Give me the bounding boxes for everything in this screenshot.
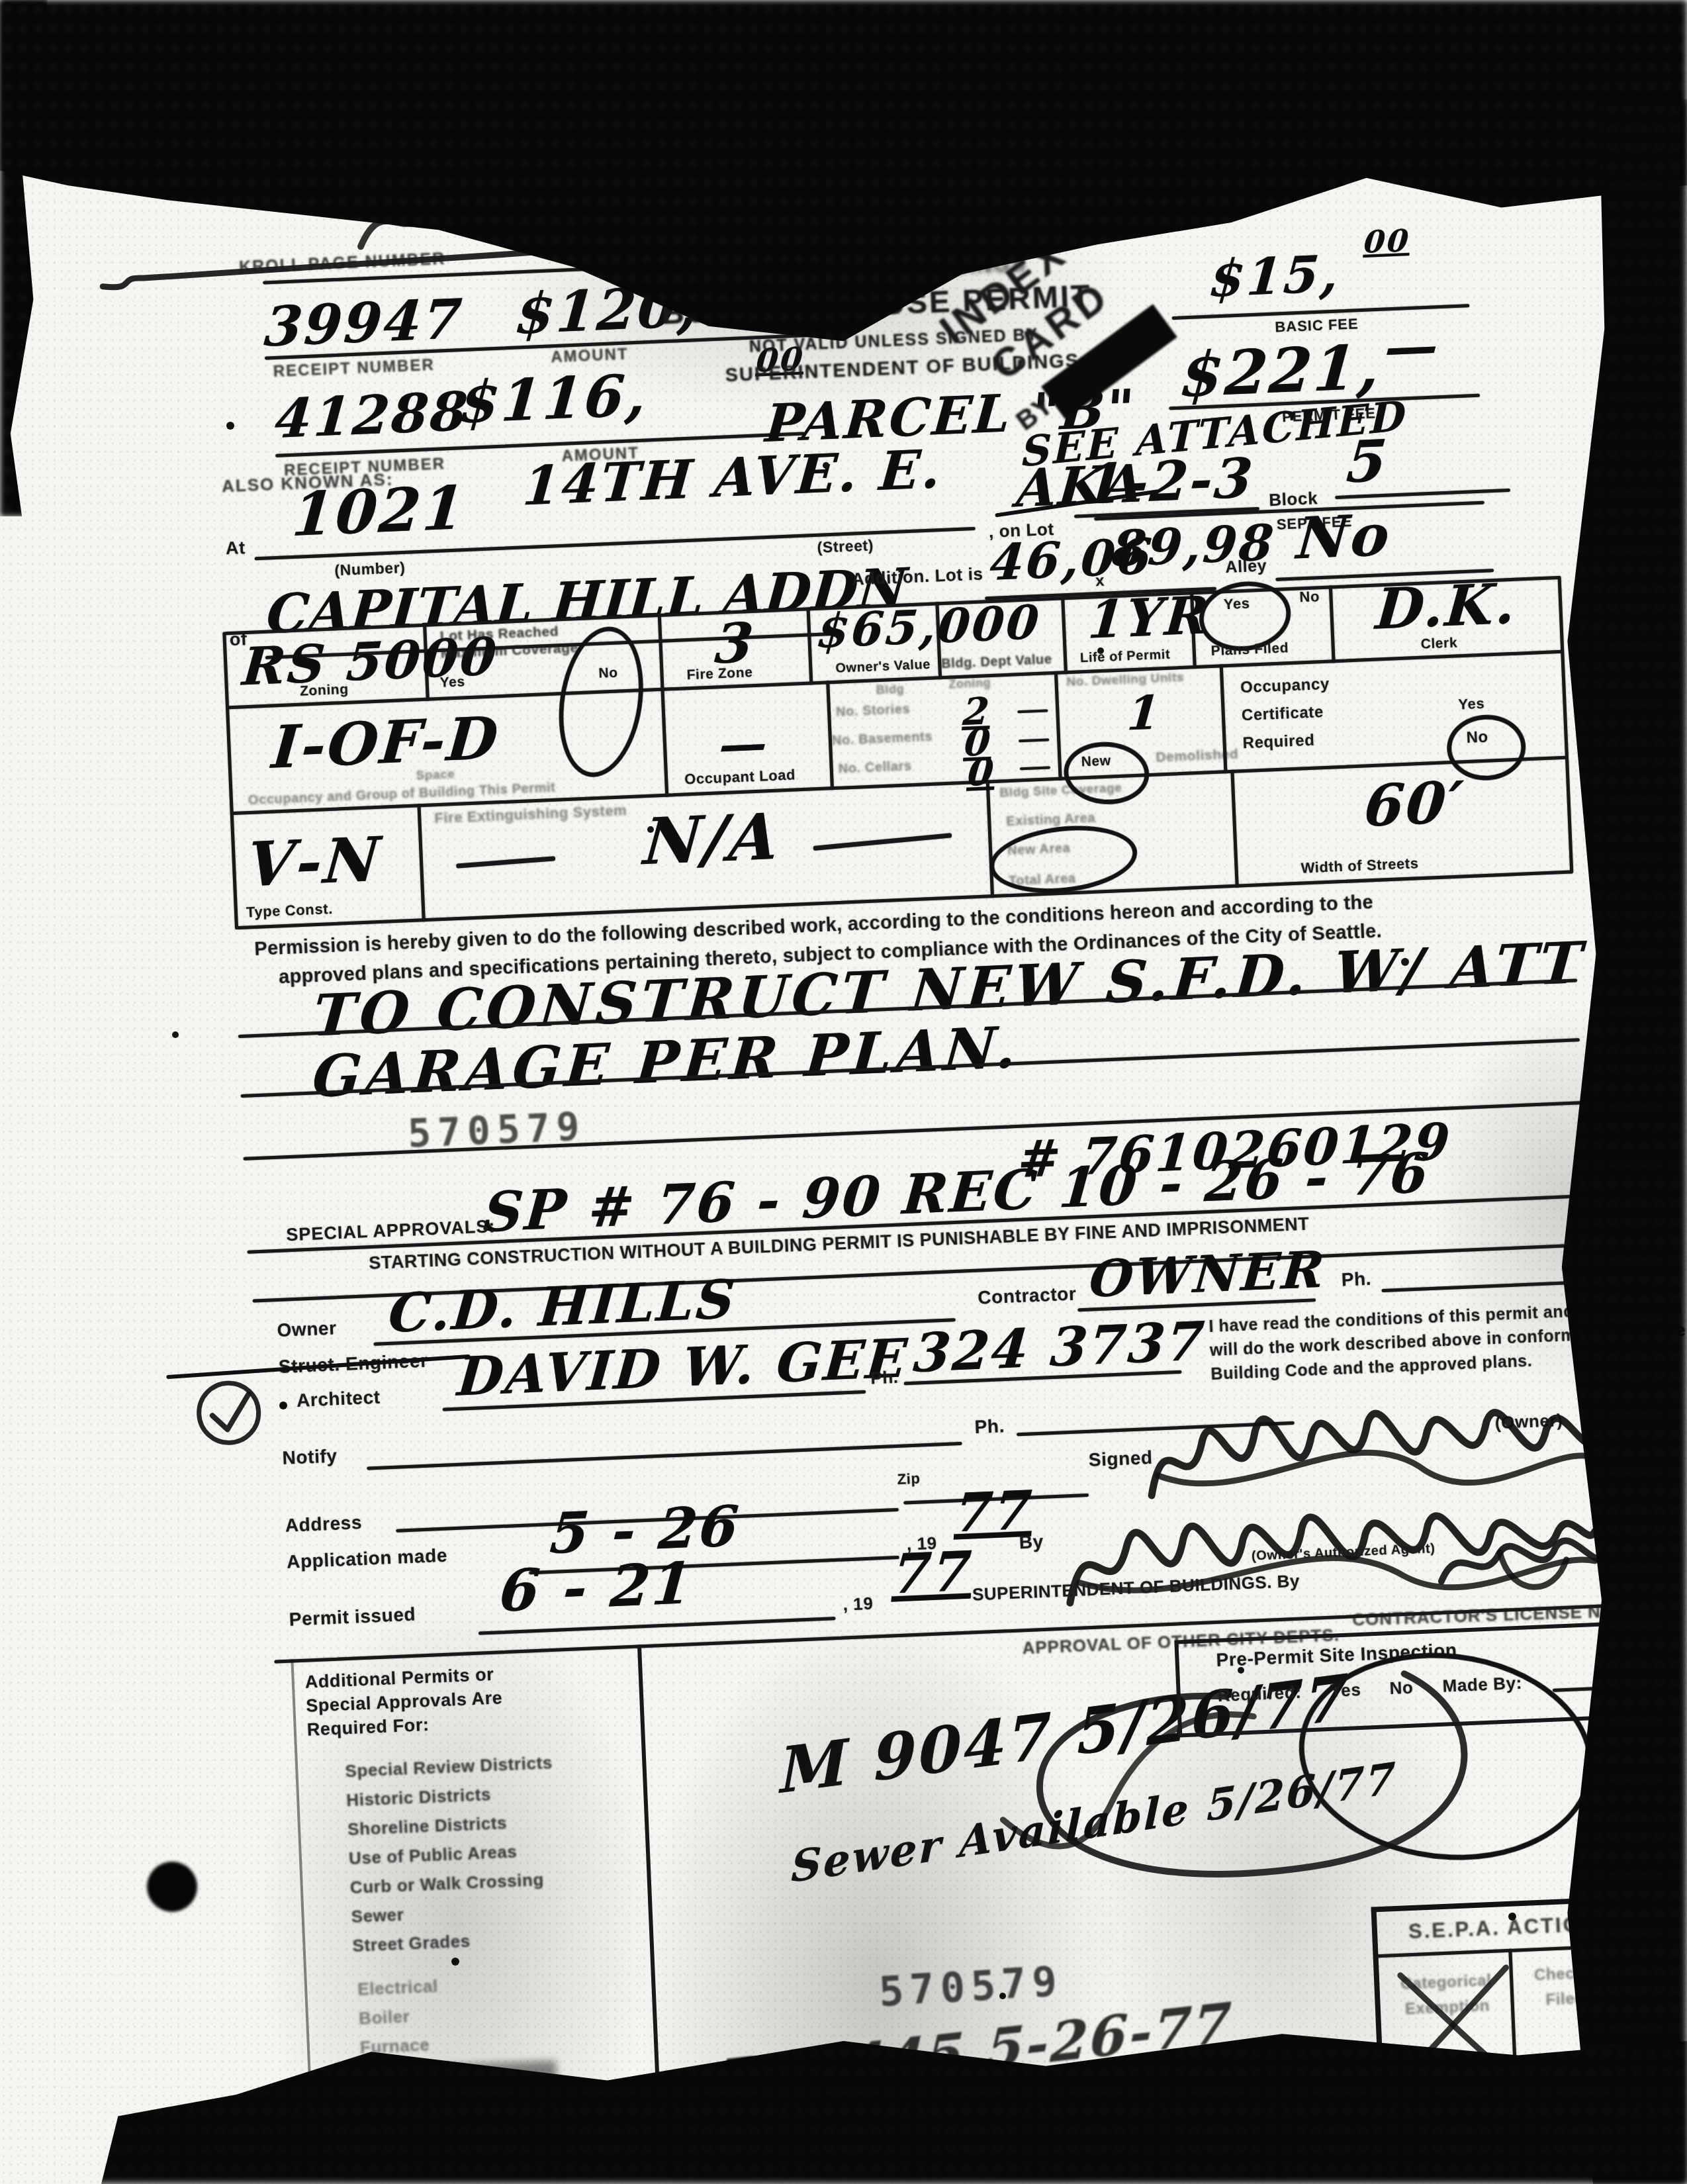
clerk-label: Clerk — [1420, 635, 1457, 652]
street-sublabel: (Street) — [817, 536, 874, 557]
fire-zone-label: Fire Zone — [686, 665, 753, 683]
alley-label: Alley — [1225, 556, 1267, 577]
zip-label: Zip — [897, 1470, 921, 1488]
coverage-yes: Yes — [439, 674, 465, 691]
street-width-value: 60′ — [1362, 769, 1467, 840]
form-line — [1381, 1280, 1590, 1292]
zoning-tick — [1019, 738, 1049, 742]
table-border — [417, 804, 425, 922]
receipt1-number: 39947 — [262, 287, 466, 359]
occ-cert-label-1: Occupancy — [1240, 675, 1330, 698]
bldg-column-label: Bldg — [876, 683, 904, 698]
fire-system-na: N/A — [641, 798, 784, 879]
contractor-name: OWNER — [1087, 1239, 1328, 1308]
permit-number-stamp-bottom: 570579 — [878, 1957, 1064, 2016]
owner-name: C.D. HILLS — [387, 1268, 739, 1345]
table-border — [1230, 770, 1238, 888]
table-border — [986, 780, 994, 898]
clerk-initials: D.K. — [1373, 570, 1520, 641]
punch-hole-blob — [147, 1862, 197, 1912]
form-line — [367, 1442, 962, 1470]
alley-answer: No — [1295, 501, 1394, 572]
basic-fee-cents: 00 — [1363, 222, 1412, 260]
notify-label: Notify — [282, 1445, 338, 1468]
permit-issued-date: 6 - 21 — [497, 1550, 696, 1625]
at-label: At — [225, 538, 246, 559]
basic-fee-amount: $15, — [1208, 244, 1343, 309]
dwelling-units-value: 1 — [1125, 685, 1163, 741]
owners-value: $65,000 — [815, 594, 1043, 659]
contractor-ph-label: Ph. — [1341, 1268, 1372, 1291]
owners-value-label: Owner's Value — [835, 657, 931, 677]
notify-ph-label: Ph. — [974, 1415, 1005, 1438]
architect-ph-label: Ph. — [870, 1367, 899, 1389]
na-dash — [456, 856, 555, 868]
occupancy-group: I-OF-D — [269, 703, 502, 782]
cellars-value: 0 — [966, 750, 997, 795]
permit-year-prefix: , 19 — [843, 1593, 874, 1615]
fire-system-label: Fire Extinguishing System — [434, 802, 627, 827]
receipt1-number-label: RECEIPT NUMBER — [273, 356, 435, 381]
permit-issued-year: 77 — [891, 1539, 976, 1606]
zoning-label: Zoning — [300, 682, 349, 700]
table-border — [1329, 585, 1336, 663]
type-const-value: Ⅴ-N — [245, 824, 385, 901]
prepermit-required-label: Required: — [1217, 1682, 1302, 1706]
basements-label: No. Basements — [832, 730, 933, 749]
zoning-tick — [1017, 709, 1048, 713]
lot-times: x — [1095, 572, 1105, 591]
zoning-tick — [1020, 766, 1050, 770]
address-label: Address — [285, 1512, 362, 1537]
plans-filed-no: No — [1299, 588, 1320, 606]
table-border — [222, 632, 238, 929]
number-sublabel: (Number) — [334, 559, 406, 579]
contractor-label: Contractor — [978, 1283, 1077, 1308]
dwelling-units-label: No. Dwelling Units — [1066, 671, 1184, 690]
occupant-load-value: — — [717, 714, 772, 773]
architect-check-circle — [189, 1374, 269, 1453]
type-const-label: Type Const. — [246, 900, 334, 921]
occ-cert-label-2: Certificate — [1241, 703, 1324, 725]
occ-cert-yes: Yes — [1458, 695, 1485, 714]
stories-label: No. Stories — [836, 702, 911, 720]
space-label: Space — [416, 767, 455, 783]
application-by-label: By — [1019, 1531, 1044, 1554]
architect-label: Architect — [296, 1387, 381, 1411]
list-item: Sewer — [351, 1905, 404, 1927]
life-of-permit-label: Life of Permit — [1080, 647, 1171, 667]
receipt2-number: 41288 — [273, 379, 472, 450]
list-item-faded: Electrical — [357, 1976, 439, 2000]
cellars-label: No. Cellars — [838, 759, 912, 777]
table-border — [1054, 671, 1062, 781]
occupant-load-label: Occupant Load — [684, 767, 796, 788]
table-border — [661, 688, 668, 797]
plans-filed-label: Plans Filed — [1210, 640, 1289, 659]
occ-cert-label-3: Required — [1242, 732, 1315, 753]
application-made-label: Application made — [287, 1545, 448, 1573]
permit-fee-dash: — — [1383, 314, 1443, 379]
bldg-dept-value-label: Bldg. Dept Value — [941, 652, 1052, 672]
block-number: 5 — [1344, 427, 1391, 496]
permit-form: KROLL PAGE NUMBER 39947 $120, 00 RECEIPT… — [79, 109, 1684, 2157]
street-number: 1021 — [290, 473, 469, 550]
table-border — [1061, 596, 1068, 674]
list-item-faded: Boiler — [359, 2007, 411, 2029]
receipt2-amount: $116, — [457, 361, 651, 436]
street-width-label: Width of Streets — [1300, 855, 1419, 877]
total-area-label: Total Area — [1009, 871, 1076, 889]
permit-issued-label: Permit issued — [289, 1604, 416, 1631]
scanned-permit-page: KROLL PAGE NUMBER 39947 $120, 00 RECEIPT… — [0, 0, 1687, 2184]
lot-numbers: 1-2-3 — [1083, 446, 1257, 517]
na-dash — [813, 833, 952, 851]
owner-label: Owner — [277, 1317, 337, 1341]
life-of-permit-value: 1YR — [1086, 585, 1212, 651]
